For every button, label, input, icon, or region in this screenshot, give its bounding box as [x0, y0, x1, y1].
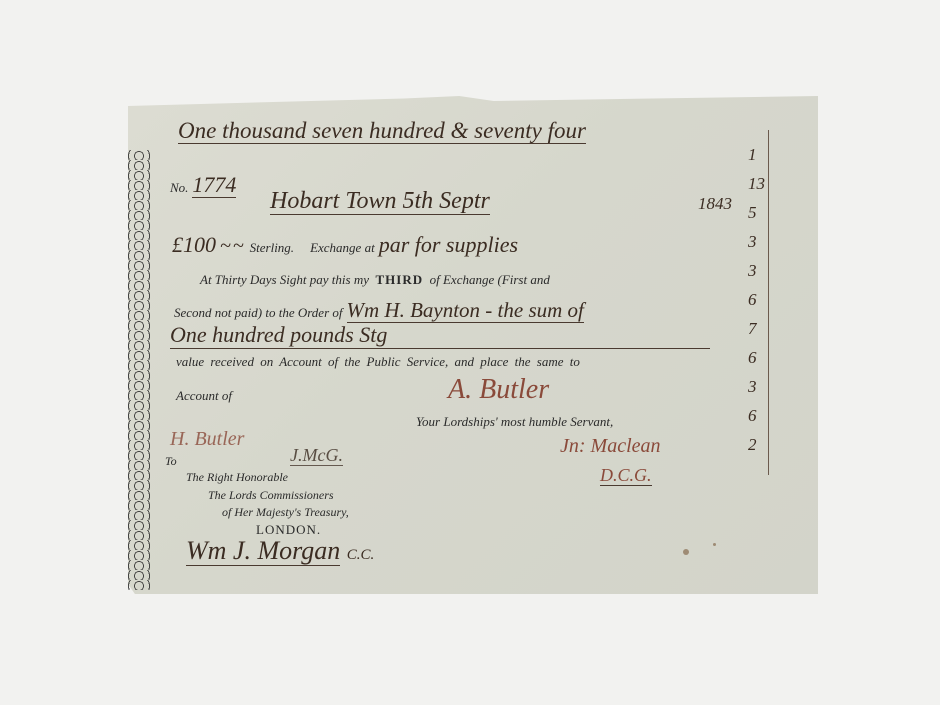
addressee-line-2: The Lords Commissioners: [208, 488, 334, 503]
amount-line: £100 ~~ Sterling. Exchange at par for su…: [172, 232, 518, 258]
to-label: To: [165, 454, 177, 469]
addressee-line-2-text: The Lords Commissioners: [208, 488, 334, 502]
countersign-right: Jn: Maclean: [560, 435, 661, 458]
margin-note: 13: [748, 169, 768, 198]
margin-note: 6: [748, 343, 768, 372]
line1-suffix: of Exchange (First and: [430, 272, 550, 287]
margin-note: 7: [748, 314, 768, 343]
bottom-signature-suffix: C.C.: [347, 547, 375, 563]
account-of: Account of: [176, 388, 232, 404]
to-label-text: To: [165, 454, 177, 468]
initials-mid: J.McG.: [290, 445, 343, 466]
bill-number: No. 1774: [170, 172, 236, 198]
initials-mid-text: J.McG.: [290, 445, 343, 466]
margin-notes: 1 13 5 3 3 6 7 6 3 6 2: [748, 140, 768, 459]
account-of-label: Account of: [176, 388, 232, 403]
countersign-right-initials: D.C.G.: [600, 465, 652, 486]
margin-rule: [768, 130, 769, 475]
order-line-3: value received on Account of the Public …: [176, 354, 580, 370]
bottom-signature: Wm J. Morgan C.C.: [186, 536, 374, 566]
margin-note: 3: [748, 256, 768, 285]
countersign-right-text: Jn: Maclean: [560, 435, 661, 457]
margin-note: 2: [748, 430, 768, 459]
order-line-2: Second not paid) to the Order of Wm H. B…: [174, 298, 584, 323]
place-date: Hobart Town 5th Septr: [270, 188, 490, 215]
number-label: No.: [170, 180, 188, 195]
line1-prefix: At Thirty Days Sight pay this my: [200, 272, 369, 287]
margin-note: 5: [748, 198, 768, 227]
drawer-signature: A. Butler: [448, 374, 549, 406]
sterling-label: Sterling.: [250, 240, 294, 255]
closing: Your Lordships' most humble Servant,: [416, 414, 613, 430]
addressee-line-1-text: The Right Honorable: [186, 470, 288, 484]
amount-words-header-text: One thousand seven hundred & seventy fou…: [178, 118, 586, 144]
margin-note: 1: [748, 140, 768, 169]
payee: Wm H. Baynton - the sum of: [347, 298, 584, 323]
countersign-right-initials-text: D.C.G.: [600, 465, 652, 486]
margin-note: 6: [748, 401, 768, 430]
bottom-signature-text: Wm J. Morgan: [186, 536, 340, 566]
place-date-text: Hobart Town 5th Septr: [270, 188, 490, 215]
paper-stain: [683, 549, 689, 555]
number-value: 1774: [192, 172, 236, 198]
currency-symbol: £: [172, 232, 183, 257]
drawer-signature-text: A. Butler: [448, 374, 549, 405]
addressee-line-3-text: of Her Majesty's Treasury,: [222, 505, 349, 519]
line3-text: value received on Account of the Public …: [176, 354, 580, 369]
margin-note: 3: [748, 227, 768, 256]
order-line-1: At Thirty Days Sight pay this my THIRD o…: [200, 272, 550, 288]
amount-words: One hundred pounds Stg: [170, 322, 710, 349]
exchange-label: Exchange at: [310, 240, 375, 255]
year: 1843: [698, 194, 732, 214]
addressee-line-1: The Right Honorable: [186, 470, 288, 485]
closing-text: Your Lordships' most humble Servant,: [416, 414, 613, 429]
line2-prefix: Second not paid) to the Order of: [174, 305, 343, 320]
amount-words-text: One hundred pounds Stg: [170, 322, 710, 349]
year-text: 1843: [698, 194, 732, 213]
exchange-value: par for supplies: [379, 232, 518, 257]
paper-stain: [713, 543, 716, 546]
third-label: THIRD: [376, 272, 424, 287]
addressee-line-3: of Her Majesty's Treasury,: [222, 505, 349, 520]
countersign-left: H. Butler: [170, 428, 244, 451]
spiral-stub-edge: [128, 150, 150, 590]
amount-value: 100: [183, 232, 216, 257]
amount-words-header: One thousand seven hundred & seventy fou…: [178, 118, 586, 144]
countersign-left-text: H. Butler: [170, 428, 244, 450]
margin-note: 6: [748, 285, 768, 314]
margin-note: 3: [748, 372, 768, 401]
addressee-line-4-text: LONDON.: [256, 522, 321, 537]
